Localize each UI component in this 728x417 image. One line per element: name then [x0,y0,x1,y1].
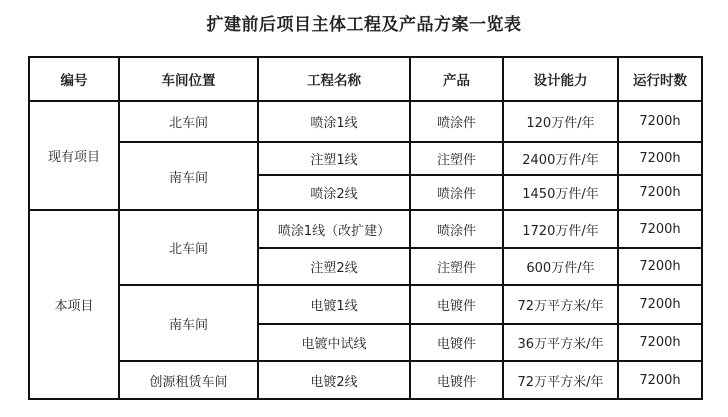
header-design-capacity: 设计能力 [503,57,618,101]
product-plan-table: 编号 车间位置 工程名称 产品 设计能力 运行时数 现有项目 北车间 喷涂1线 … [28,56,703,400]
hours-cell: 7200h [618,210,702,248]
hours-cell: 7200h [618,142,702,175]
capacity-cell: 600万件/年 [503,248,618,285]
hours-cell: 7200h [618,285,702,324]
hours-cell: 7200h [618,324,702,361]
capacity-cell: 36万平方米/年 [503,324,618,361]
header-line-name: 工程名称 [258,57,410,101]
workshop-location: 南车间 [119,285,258,361]
group-label-this-project: 本项目 [29,210,119,399]
group-label-existing: 现有项目 [29,101,119,210]
header-product: 产品 [410,57,503,101]
product-cell: 喷涂件 [410,101,503,142]
line-name: 喷涂1线 [258,101,410,142]
table-row: 本项目 北车间 喷涂1线（改扩建） 喷涂件 1720万件/年 7200h [29,210,702,248]
capacity-cell: 1720万件/年 [503,210,618,248]
product-cell: 喷涂件 [410,210,503,248]
hours-cell: 7200h [618,248,702,285]
product-cell: 电镀件 [410,324,503,361]
table-row: 南车间 注塑1线 注塑件 2400万件/年 7200h [29,142,702,175]
line-name: 电镀2线 [258,361,410,399]
header-id: 编号 [29,57,119,101]
capacity-cell: 2400万件/年 [503,142,618,175]
capacity-cell: 72万平方米/年 [503,361,618,399]
header-workshop-location: 车间位置 [119,57,258,101]
table-row: 现有项目 北车间 喷涂1线 喷涂件 120万件/年 7200h [29,101,702,142]
workshop-location: 北车间 [119,210,258,285]
line-name: 注塑1线 [258,142,410,175]
header-operating-hours: 运行时数 [618,57,702,101]
product-cell: 电镀件 [410,285,503,324]
document-title: 扩建前后项目主体工程及产品方案一览表 [0,10,728,35]
hours-cell: 7200h [618,361,702,399]
table-row: 创源租赁车间 电镀2线 电镀件 72万平方米/年 7200h [29,361,702,399]
capacity-cell: 72万平方米/年 [503,285,618,324]
table-header-row: 编号 车间位置 工程名称 产品 设计能力 运行时数 [29,57,702,101]
product-cell: 注塑件 [410,142,503,175]
capacity-cell: 120万件/年 [503,101,618,142]
workshop-location: 北车间 [119,101,258,142]
workshop-location: 南车间 [119,142,258,210]
hours-cell: 7200h [618,175,702,210]
capacity-cell: 1450万件/年 [503,175,618,210]
line-name: 喷涂1线（改扩建） [258,210,410,248]
product-cell: 喷涂件 [410,175,503,210]
line-name: 电镀1线 [258,285,410,324]
line-name: 电镀中试线 [258,324,410,361]
hours-cell: 7200h [618,101,702,142]
line-name: 喷涂2线 [258,175,410,210]
product-cell: 电镀件 [410,361,503,399]
workshop-location: 创源租赁车间 [119,361,258,399]
table-row: 南车间 电镀1线 电镀件 72万平方米/年 7200h [29,285,702,324]
line-name: 注塑2线 [258,248,410,285]
product-cell: 注塑件 [410,248,503,285]
